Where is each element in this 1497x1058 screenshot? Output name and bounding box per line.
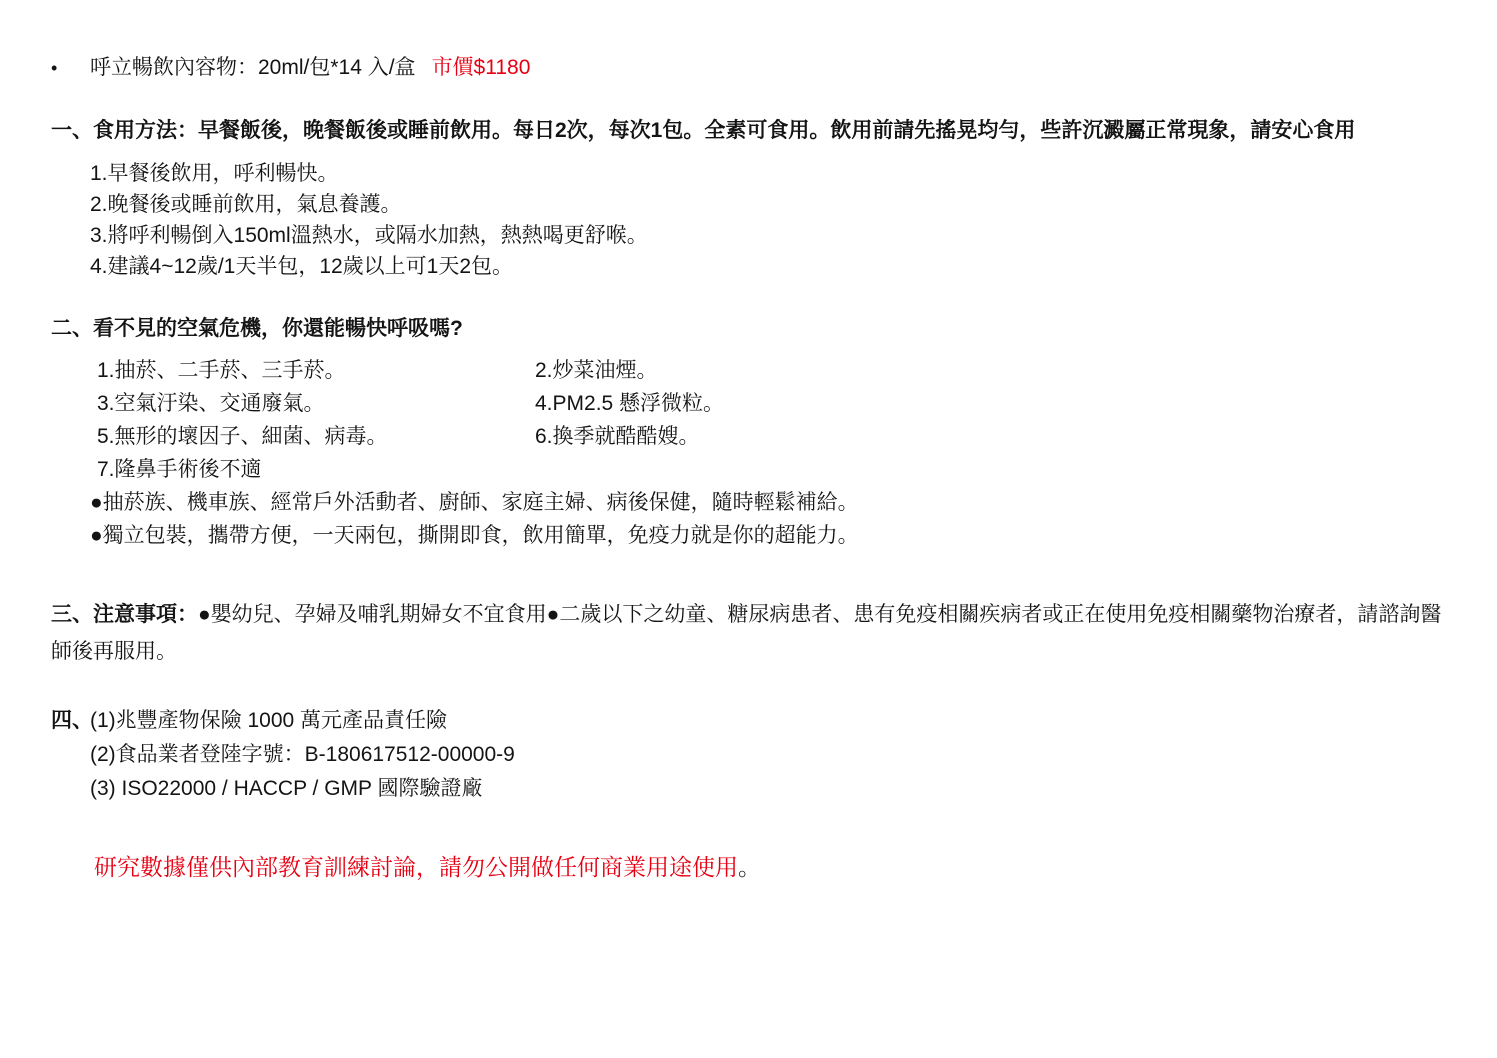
air-crisis-two-column-list: 1.抽菸、二手菸、三手菸。 2.炒菜油煙。 3.空氣汙染、交通廢氣。 4.PM2… <box>97 354 1457 486</box>
market-price-text: 市價$1180 <box>432 55 531 81</box>
document-page: • 呼立暢飲內容物：20ml/包*14 入/盒 市價$1180 一、食用方法：早… <box>0 0 1497 882</box>
air-crisis-item: 5.無形的壞因子、細菌、病毒。 <box>97 420 535 453</box>
certification-section-prefix: 四、 <box>51 704 90 738</box>
section-certifications: 四、(1)兆豐產物保險 1000 萬元產品責任險 (2)食品業者登陸字號：B-1… <box>51 704 1457 806</box>
section-air-crisis: 二、看不見的空氣危機，你還能暢快呼吸嗎? 1.抽菸、二手菸、三手菸。 2.炒菜油… <box>51 316 1457 552</box>
certification-item: (2)食品業者登陸字號：B-180617512-00000-9 <box>90 738 1457 772</box>
precautions-body: ●嬰幼兒、孕婦及哺乳期婦女不宜食用●二歲以下之幼童、糖尿病患者、患有免疫相關疾病… <box>51 603 1441 663</box>
air-crisis-item-empty <box>535 453 1457 486</box>
section-precautions: 三、注意事項：●嬰幼兒、孕婦及哺乳期婦女不宜食用●二歲以下之幼童、糖尿病患者、患… <box>51 596 1457 670</box>
disclaimer-period: 。 <box>738 854 761 880</box>
disclaimer-red-text: 研究數據僅供內部教育訓練討論，請勿公開做任何商業用途使用 <box>94 854 738 880</box>
usage-step: 2.晚餐後或睡前飲用，氣息養護。 <box>90 189 1457 220</box>
bullet-dot-icon: • <box>51 55 90 81</box>
air-crisis-item: 2.炒菜油煙。 <box>535 354 1457 387</box>
air-crisis-item: 4.PM2.5 懸浮微粒。 <box>535 387 1457 420</box>
usage-step: 3.將呼利暢倒入150ml溫熱水，或隔水加熱，熱熱喝更舒喉。 <box>90 220 1457 251</box>
air-crisis-item: 3.空氣汙染、交通廢氣。 <box>97 387 535 420</box>
usage-step: 1.早餐後飲用，呼利暢快。 <box>90 158 1457 189</box>
section-usage: 一、食用方法：早餐飯後，晚餐飯後或睡前飲用。每日2次，每次1包。全素可食用。飲用… <box>51 118 1457 282</box>
air-crisis-item: 7.隆鼻手術後不適 <box>97 453 535 486</box>
precautions-title: 三、注意事項： <box>51 603 198 626</box>
usage-steps-list: 1.早餐後飲用，呼利暢快。 2.晚餐後或睡前飲用，氣息養護。 3.將呼利暢倒入1… <box>90 158 1457 282</box>
certification-list: (2)食品業者登陸字號：B-180617512-00000-9 (3) ISO2… <box>90 738 1457 806</box>
usage-step: 4.建議4~12歲/1天半包，12歲以上可1天2包。 <box>90 251 1457 282</box>
certification-item: (3) ISO22000 / HACCP / GMP 國際驗證廠 <box>90 772 1457 806</box>
precautions-paragraph: 三、注意事項：●嬰幼兒、孕婦及哺乳期婦女不宜食用●二歲以下之幼童、糖尿病患者、患… <box>51 596 1456 670</box>
disclaimer-note: 研究數據僅供內部教育訓練討論，請勿公開做任何商業用途使用。 <box>94 852 1457 882</box>
product-info-line: • 呼立暢飲內容物：20ml/包*14 入/盒 市價$1180 <box>51 55 1457 81</box>
product-contents-text: 呼立暢飲內容物：20ml/包*14 入/盒 <box>90 55 416 81</box>
bullet-note: ●獨立包裝，攜帶方便，一天兩包，撕開即食，飲用簡單，免疫力就是你的超能力。 <box>90 519 1457 552</box>
certification-first-line: 四、(1)兆豐產物保險 1000 萬元產品責任險 <box>51 704 1457 738</box>
air-crisis-item: 1.抽菸、二手菸、三手菸。 <box>97 354 535 387</box>
bullet-note: ●抽菸族、機車族、經常戶外活動者、廚師、家庭主婦、病後保健，隨時輕鬆補給。 <box>90 486 1457 519</box>
section-air-crisis-title: 二、看不見的空氣危機，你還能暢快呼吸嗎? <box>51 316 1457 342</box>
section-usage-title: 一、食用方法：早餐飯後，晚餐飯後或睡前飲用。每日2次，每次1包。全素可食用。飲用… <box>51 118 1457 144</box>
air-crisis-bullet-notes: ●抽菸族、機車族、經常戶外活動者、廚師、家庭主婦、病後保健，隨時輕鬆補給。 ●獨… <box>90 486 1457 552</box>
certification-item: (1)兆豐產物保險 1000 萬元產品責任險 <box>90 709 447 732</box>
air-crisis-item: 6.換季就酷酷嫂。 <box>535 420 1457 453</box>
